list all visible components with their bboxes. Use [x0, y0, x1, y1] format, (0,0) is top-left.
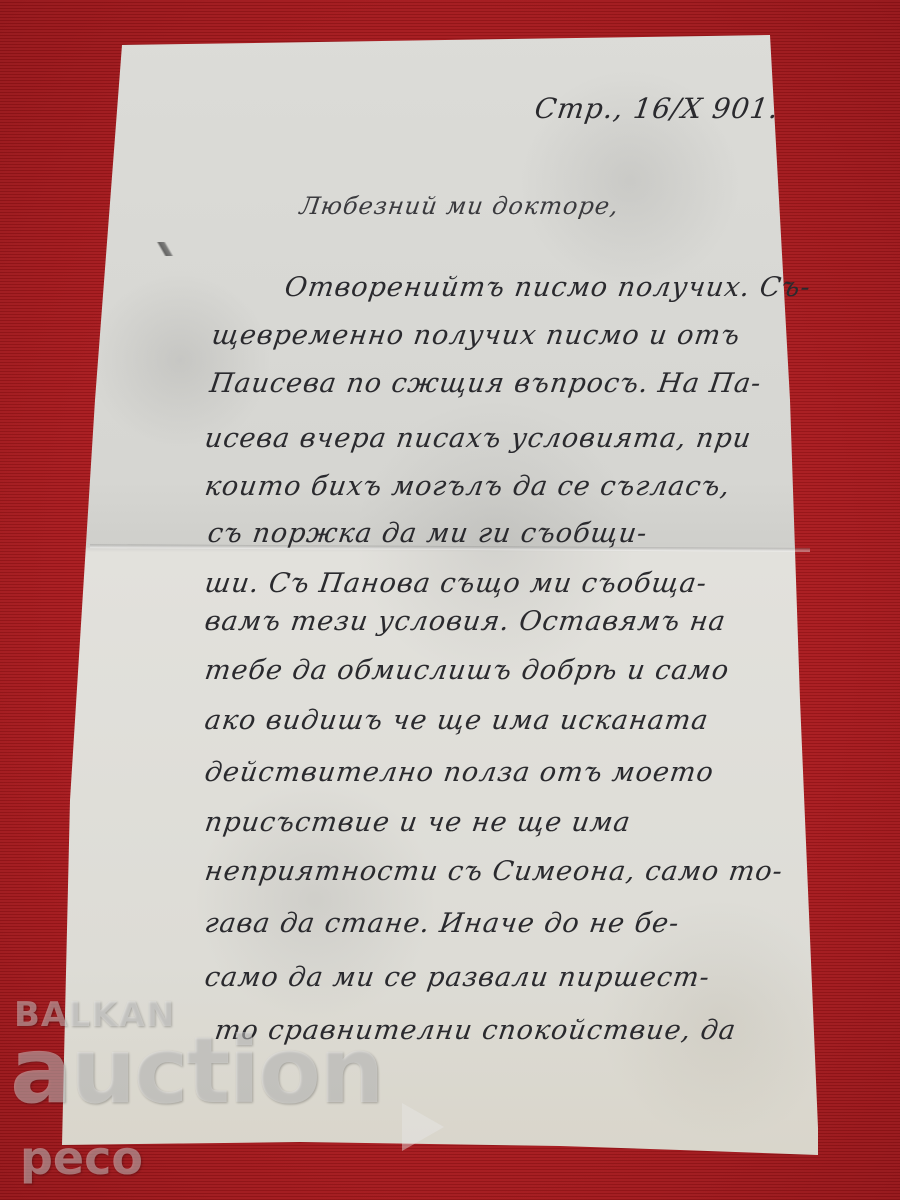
letter-line: вамъ тези условия. Оставямъ на	[203, 606, 728, 637]
handwritten-letter: Стр., 16/X 901. Любезний ми докторе, Отв…	[0, 0, 900, 1200]
letter-line: Отворенийтъ писмо получих. Съ-	[283, 272, 813, 303]
letter-line: неприятности съ Симеона, само то-	[203, 856, 785, 887]
letter-line: присъствие и че не ще има	[203, 807, 633, 838]
letter-line: Паисева по сжщия въпросъ. На Па-	[208, 368, 764, 399]
letter-line: то сравнителни спокойствие, да	[213, 1015, 738, 1046]
letter-line: действително полза отъ моето	[203, 757, 716, 788]
letter-line: тебе да обмислишъ добрѣ и само	[203, 655, 732, 686]
letter-line: гава да стане. Иначе до не бе-	[203, 908, 682, 939]
letter-line: ши. Съ Панова също ми съобща-	[203, 568, 709, 599]
letter-line: щевременно получих писмо и отъ	[210, 320, 743, 351]
letter-line: ако видишъ че ще има исканата	[203, 705, 711, 736]
letter-line: които бихъ могълъ да се съгласъ,	[203, 471, 733, 502]
letter-line: исева вчера писахъ условията, при	[203, 423, 754, 454]
letter-line: само да ми се развали пиршест-	[203, 962, 712, 993]
letter-date: Стр., 16/X 901.	[533, 92, 781, 125]
letter-line: съ поржка да ми ги съобщи-	[206, 518, 650, 549]
letter-salutation: Любезний ми докторе,	[298, 192, 621, 220]
